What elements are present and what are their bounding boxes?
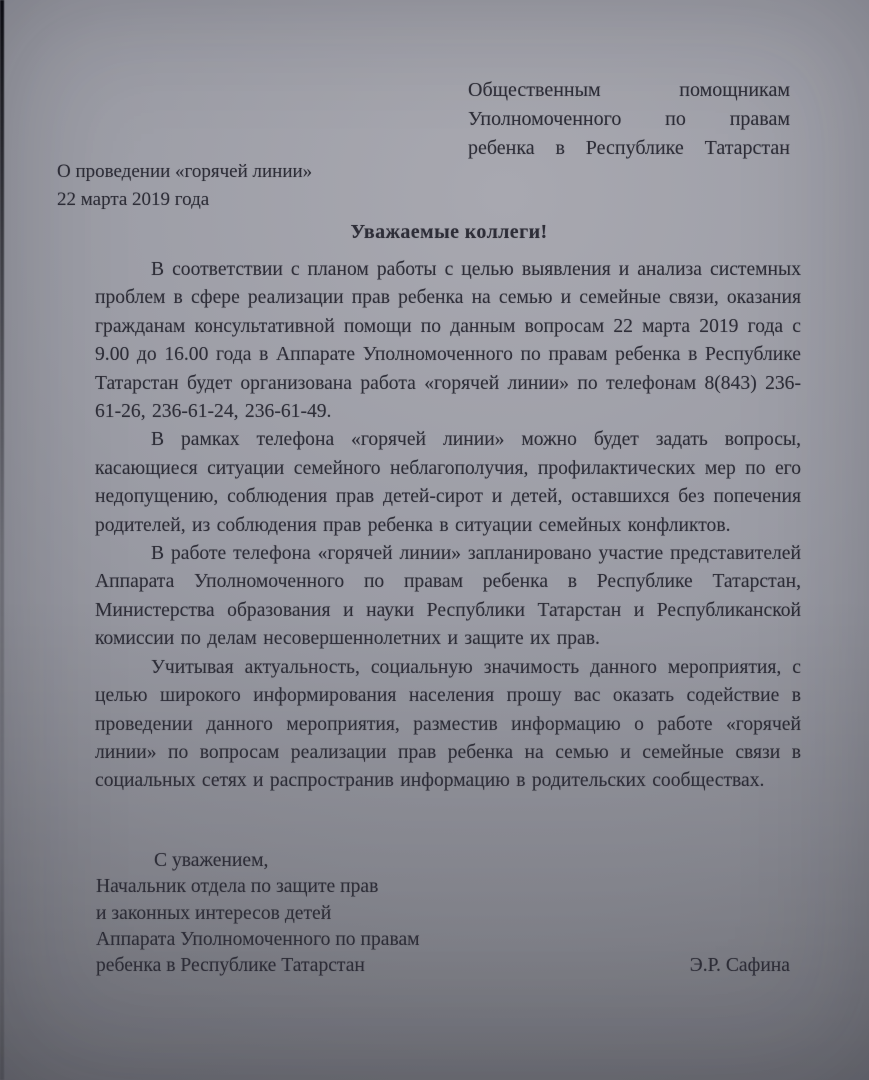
signature-line: Начальник отдела по защите прав: [96, 874, 790, 900]
recipient-line: Уполномоченного по правам: [468, 105, 790, 134]
paragraph: Учитывая актуальность, социальную значим…: [95, 654, 801, 796]
subject-title: О проведении «горячей линии»: [57, 158, 312, 186]
signature-last-line: ребенка в Республике Татарстан Э.Р. Сафи…: [96, 953, 790, 979]
letter-photo: Общественным помощникам Уполномоченного …: [0, 0, 869, 1080]
subject-block: О проведении «горячей линии» 22 марта 20…: [57, 158, 312, 213]
paragraph: В соответствии с планом работы с целью в…: [95, 256, 801, 426]
closing-line: С уважением,: [96, 848, 790, 874]
paragraph: В работе телефона «горячей линии» заплан…: [95, 540, 801, 654]
recipient-block: Общественным помощникам Уполномоченного …: [468, 76, 790, 163]
signature-name: Э.Р. Сафина: [690, 953, 790, 979]
recipient-line: Общественным помощникам: [468, 76, 790, 105]
paragraph: В рамках телефона «горячей линии» можно …: [95, 426, 801, 540]
signature-line: и законных интересов детей: [96, 901, 790, 927]
letter-content: Общественным помощникам Уполномоченного …: [0, 0, 869, 1080]
letter-body: В соответствии с планом работы с целью в…: [95, 256, 801, 796]
signature-block: С уважением, Начальник отдела по защите …: [96, 848, 790, 979]
recipient-line: ребенка в Республике Татарстан: [468, 134, 790, 163]
subject-date: 22 марта 2019 года: [57, 186, 312, 214]
signature-line: ребенка в Республике Татарстан: [96, 953, 365, 979]
salutation: Уважаемые коллеги!: [94, 221, 804, 244]
signature-line: Аппарата Уполномоченного по правам: [96, 927, 790, 953]
